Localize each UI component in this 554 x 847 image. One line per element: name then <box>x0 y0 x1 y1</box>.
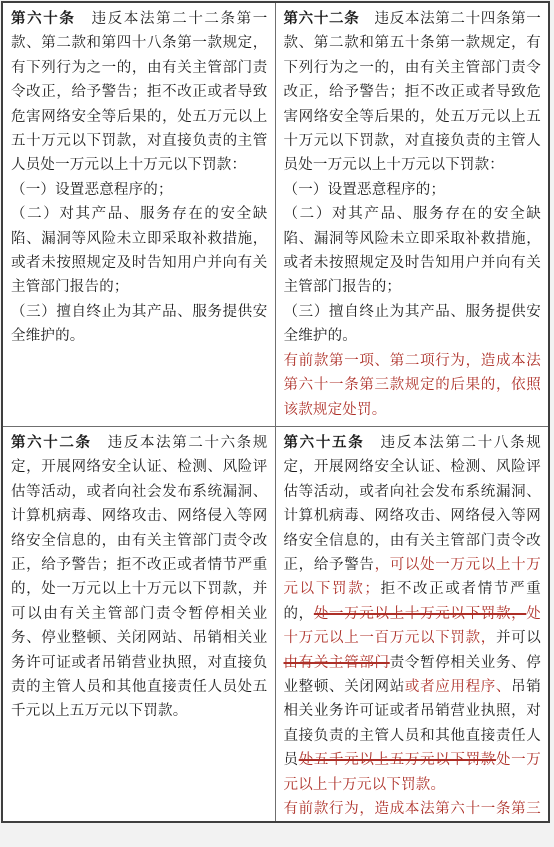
law-comparison-page: 第六十条 违反本法第二十二条第一款、第二款和第四十八条第一款规定，有下列行为之一… <box>0 0 554 847</box>
text-run: 并可以 <box>496 630 541 646</box>
revision-text-run: 处一万元以上十万元以下罚款， <box>314 606 526 622</box>
text-run: 第六十二条 <box>284 11 360 27</box>
paragraph: 有前款第一项、第二项行为，造成本法第六十一条第三款规定的后果的，依照该款规定处罚… <box>284 349 542 422</box>
text-run: 违反本法第二十四条第一款、第二款和第五十条第一款规定，有下列行为之一的，由有关主… <box>284 11 542 173</box>
paragraph: （一）设置恶意程序的； <box>11 178 268 202</box>
text-run: （二）对其产品、服务存在的安全缺陷、漏洞等风险未立即采取补救措施，或者未按照规定… <box>11 206 268 295</box>
text-run: 第六十二条 <box>11 435 92 451</box>
revision-text-run: 有前款行为，造成本法第六十一条第三款规定的后果的，依照该款规定处罚。 <box>284 801 542 821</box>
text-run: （二）对其产品、服务存在的安全缺陷、漏洞等风险未立即采取补救措施，或者未按照规定… <box>284 206 542 295</box>
text-run: （三）擅自终止为其产品、服务提供安全维护的。 <box>11 304 268 344</box>
comparison-table: 第六十条 违反本法第二十二条第一款、第二款和第四十八条第一款规定，有下列行为之一… <box>1 1 550 823</box>
paragraph: 第六十五条 违反本法第二十八条规定，开展网络安全认证、检测、风险评估等活动，或者… <box>284 431 542 797</box>
cell-article-62-amended: 第六十二条 违反本法第二十四条第一款、第二款和第五十条第一款规定，有下列行为之一… <box>276 3 549 427</box>
paragraph: （二）对其产品、服务存在的安全缺陷、漏洞等风险未立即采取补救措施，或者未按照规定… <box>11 202 268 300</box>
text-run: 违反本法第二十八条规定，开展网络安全认证、检测、风险评估等活动，或者向社会发布系… <box>284 435 542 573</box>
paragraph: （一）设置恶意程序的； <box>284 178 542 202</box>
text-run: 违反本法第二十二条第一款、第二款和第四十八条第一款规定，有下列行为之一的，由有关… <box>11 11 268 173</box>
text-run: （一）设置恶意程序的； <box>284 182 446 198</box>
paragraph: （三）擅自终止为其产品、服务提供安全维护的。 <box>11 300 268 349</box>
text-run: 第六十条 <box>11 11 75 27</box>
revision-text-run: 处五千元以上五万元以下罚款 <box>299 752 496 768</box>
cell-article-62-original: 第六十二条 违反本法第二十六条规定，开展网络安全认证、检测、风险评估等活动，或者… <box>3 427 276 821</box>
cell-article-65-amended: 第六十五条 违反本法第二十八条规定，开展网络安全认证、检测、风险评估等活动，或者… <box>276 427 549 821</box>
revision-text-run: 或者应用程序、 <box>405 679 511 695</box>
paragraph: 有前款行为，造成本法第六十一条第三款规定的后果的，依照该款规定处罚。 <box>284 797 542 821</box>
text-run: 第六十五条 <box>284 435 365 451</box>
text-run: （一）设置恶意程序的； <box>11 182 173 198</box>
paragraph: （二）对其产品、服务存在的安全缺陷、漏洞等风险未立即采取补救措施，或者未按照规定… <box>284 202 542 300</box>
paragraph: 第六十二条 违反本法第二十六条规定，开展网络安全认证、检测、风险评估等活动，或者… <box>11 431 268 724</box>
paragraph: （三）擅自终止为其产品、服务提供安全维护的。 <box>284 300 542 349</box>
cell-article-60-original: 第六十条 违反本法第二十二条第一款、第二款和第四十八条第一款规定，有下列行为之一… <box>3 3 276 427</box>
paragraph: 第六十条 违反本法第二十二条第一款、第二款和第四十八条第一款规定，有下列行为之一… <box>11 7 268 178</box>
text-run: 违反本法第二十六条规定，开展网络安全认证、检测、风险评估等活动，或者向社会发布系… <box>11 435 268 719</box>
revision-text-run: 有前款第一项、第二项行为，造成本法第六十一条第三款规定的后果的，依照该款规定处罚… <box>284 353 542 418</box>
text-run: （三）擅自终止为其产品、服务提供安全维护的。 <box>284 304 542 344</box>
revision-text-run: 由有关主管部门 <box>284 655 390 671</box>
paragraph: 第六十二条 违反本法第二十四条第一款、第二款和第五十条第一款规定，有下列行为之一… <box>284 7 542 178</box>
